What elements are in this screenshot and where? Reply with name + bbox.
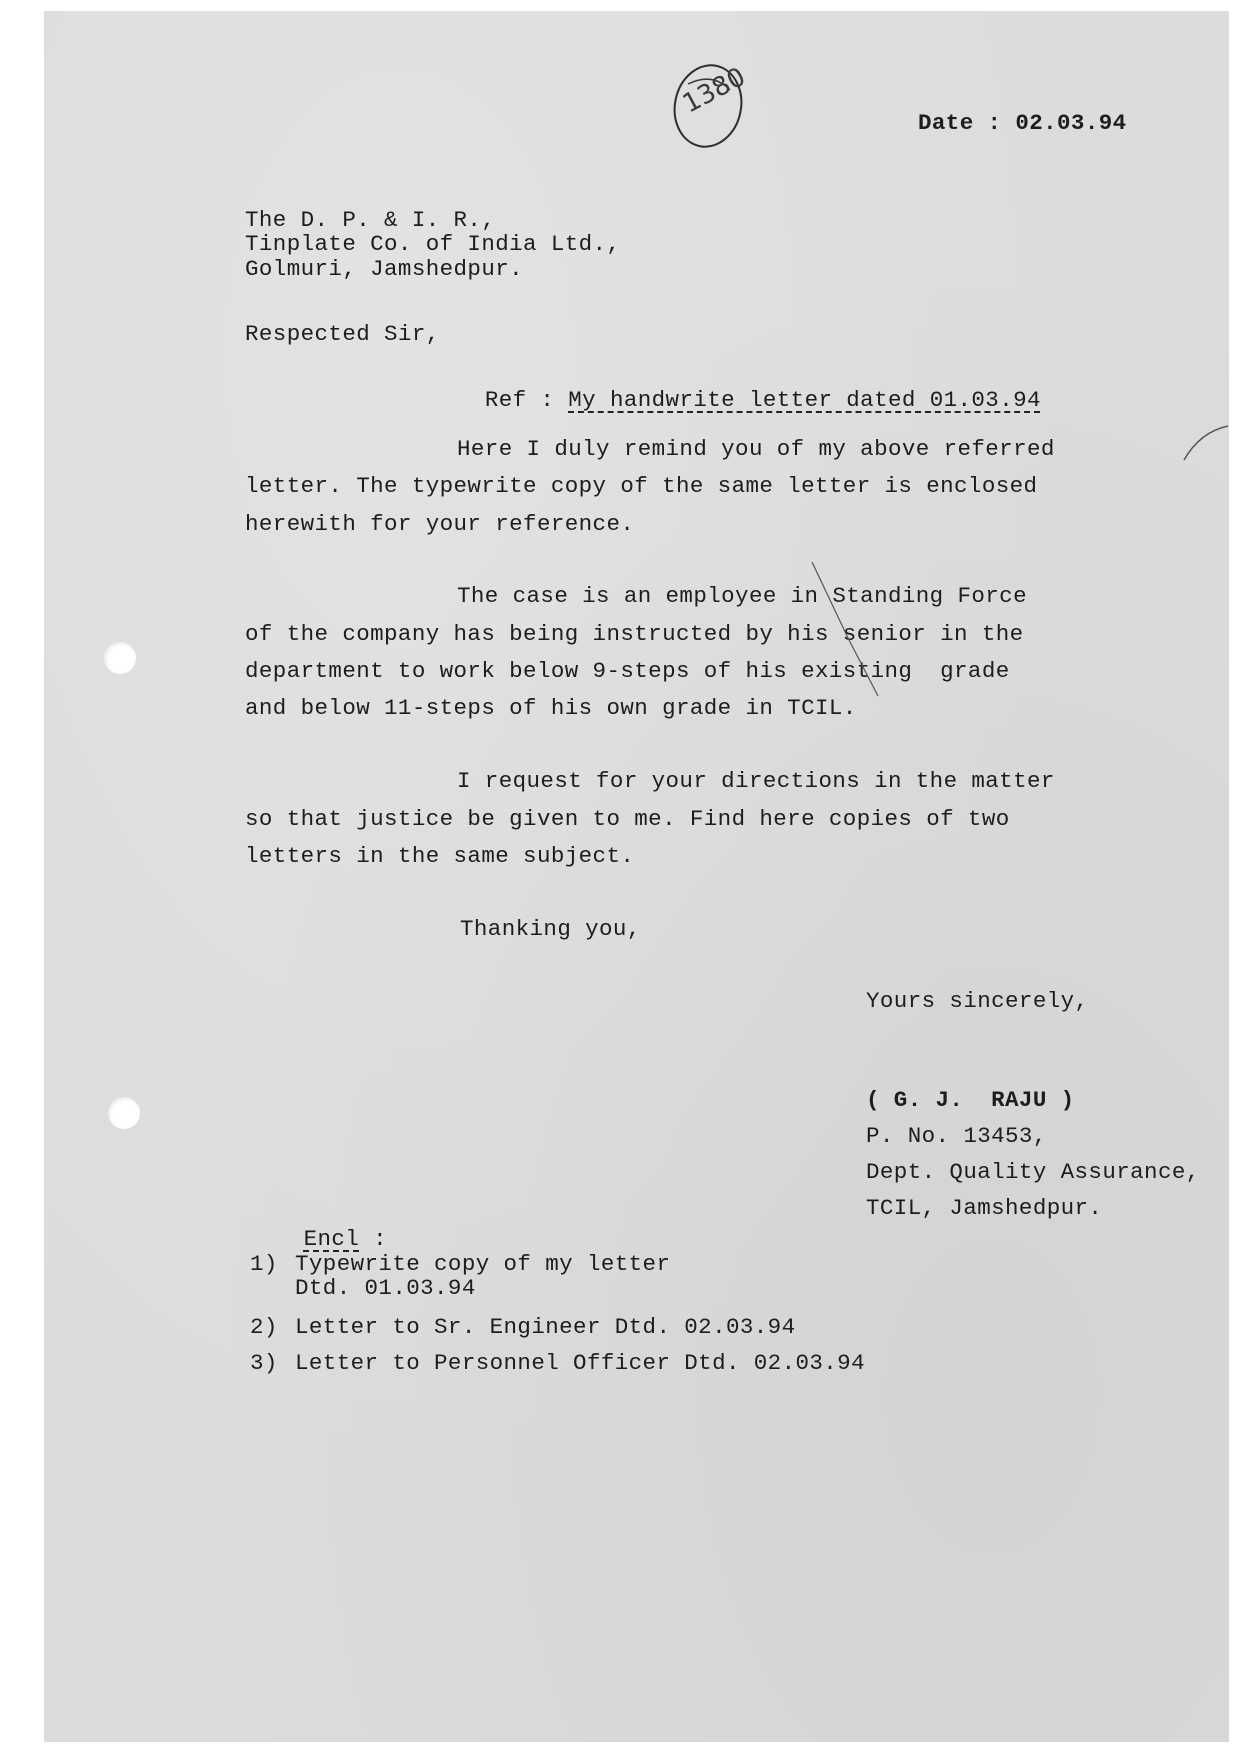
paragraph-line: of the company has being instructed by h…: [245, 623, 1024, 646]
enclosure-text: Letter to Personnel Officer Dtd. 02.03.9…: [295, 1352, 865, 1375]
recipient-line: Golmuri, Jamshedpur.: [245, 258, 523, 281]
paragraph-line: I request for your directions in the mat…: [457, 770, 1055, 793]
punch-hole-top: [104, 642, 136, 674]
enclosures-label: Encl: [304, 1226, 360, 1252]
reference-line: Ref : My handwrite letter dated 01.03.94: [457, 366, 1041, 411]
enclosure-text: Typewrite copy of my letter: [295, 1253, 670, 1276]
enclosure-number: 2): [250, 1316, 278, 1339]
paragraph-line: letters in the same subject.: [245, 845, 634, 868]
pencil-mark-icon: [1170, 420, 1230, 470]
enclosure-text: Letter to Sr. Engineer Dtd. 02.03.94: [295, 1316, 795, 1339]
enclosure-text: Dtd. 01.03.94: [295, 1277, 476, 1300]
signatory-personnel-number: P. No. 13453,: [866, 1125, 1047, 1148]
paragraph-line: herewith for your reference.: [245, 513, 634, 536]
paragraph-line: so that justice be given to me. Find her…: [245, 808, 1010, 831]
signatory-department: Dept. Quality Assurance,: [866, 1161, 1200, 1184]
punch-hole-bottom: [108, 1097, 140, 1129]
valediction: Yours sincerely,: [866, 990, 1088, 1013]
signatory-location: TCIL, Jamshedpur.: [866, 1197, 1102, 1220]
paragraph-line: Here I duly remind you of my above refer…: [457, 438, 1055, 461]
signatory-name: ( G. J. RAJU ): [866, 1089, 1075, 1112]
closing: Thanking you,: [460, 918, 641, 941]
date-line: Date : 02.03.94: [918, 112, 1127, 135]
scanned-page: [44, 11, 1229, 1742]
salutation: Respected Sir,: [245, 323, 440, 346]
recipient-line: Tinplate Co. of India Ltd.,: [245, 233, 620, 256]
paragraph-line: department to work below 9-steps of his …: [245, 660, 1010, 683]
reference-text: My handwrite letter dated 01.03.94: [568, 387, 1041, 413]
pencil-mark-icon: [810, 560, 890, 700]
enclosure-number: 1): [250, 1253, 278, 1276]
enclosure-number: 3): [250, 1352, 278, 1375]
paragraph-line: and below 11-steps of his own grade in T…: [245, 697, 857, 720]
reference-label: Ref :: [485, 387, 568, 413]
paragraph-line: letter. The typewrite copy of the same l…: [245, 475, 1037, 498]
paragraph-line: The case is an employee in Standing Forc…: [457, 585, 1027, 608]
recipient-line: The D. P. & I. R.,: [245, 209, 495, 232]
enclosures-colon: :: [359, 1226, 387, 1252]
